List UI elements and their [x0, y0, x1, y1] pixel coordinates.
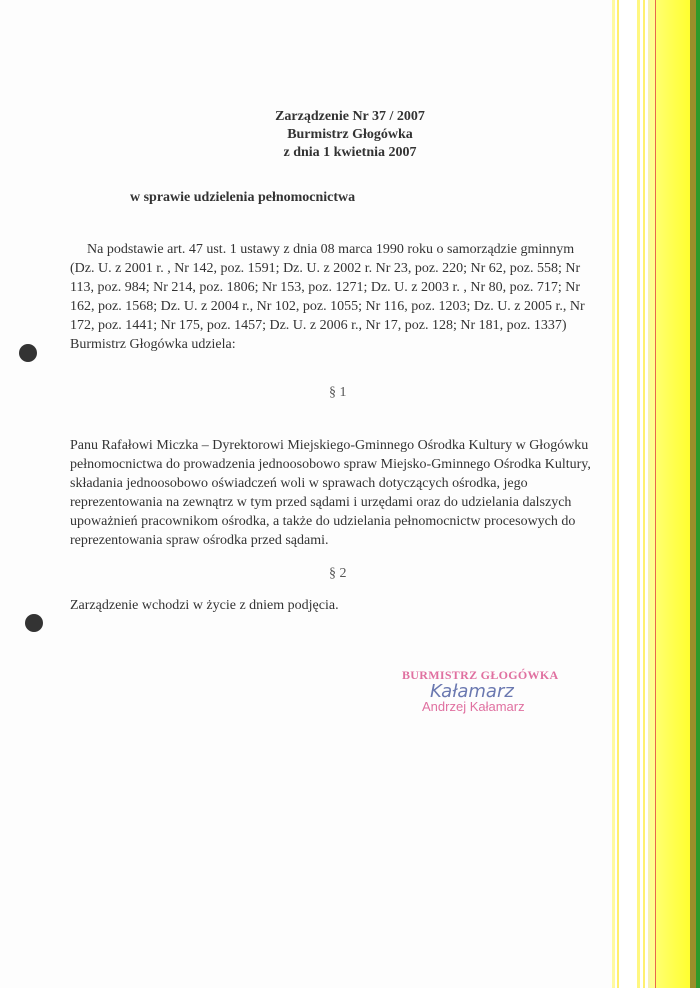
section-1-heading: § 1 [329, 385, 347, 401]
preamble-line: Burmistrz Głogówka udziela: [70, 335, 585, 354]
section-1-line: składania jednoosobowo oświadczeń woli w… [70, 474, 591, 493]
section-1-line: reprezentowania na zewnątrz w tym przed … [70, 493, 591, 512]
preamble-line: 162, poz. 1568; Dz. U. z 2004 r., Nr 102… [70, 297, 585, 316]
section-1-line: Panu Rafałowi Miczka – Dyrektorowi Miejs… [70, 436, 591, 455]
preamble: Na podstawie art. 47 ust. 1 ustawy z dni… [70, 240, 585, 354]
section-1-line: pełnomocnictwa do prowadzenia jednoosobo… [70, 455, 591, 474]
document-subject: w sprawie udzielenia pełnomocnictwa [130, 190, 355, 206]
document-header: Zarządzenie Nr 37 / 2007 Burmistrz Głogó… [0, 108, 700, 162]
section-1-body: Panu Rafałowi Miczka – Dyrektorowi Miejs… [70, 436, 591, 550]
ordinance-number: Zarządzenie Nr 37 / 2007 [0, 108, 700, 126]
preamble-line: Na podstawie art. 47 ust. 1 ustawy z dni… [70, 240, 585, 259]
section-2-body: Zarządzenie wchodzi w życie z dniem podj… [70, 596, 339, 615]
punch-hole [19, 344, 37, 362]
section-2-heading: § 2 [329, 566, 347, 582]
punch-hole [25, 614, 43, 632]
preamble-line: 113, poz. 984; Nr 214, poz. 1806; Nr 153… [70, 278, 585, 297]
stamp-name: Andrzej Kałamarz [422, 699, 572, 714]
section-1-line: upoważnień pracownikom ośrodka, a także … [70, 512, 591, 531]
official-stamp: BURMISTRZ GŁOGÓWKA Kałamarz Andrzej Kała… [402, 668, 572, 714]
ordinance-date: z dnia 1 kwietnia 2007 [0, 144, 700, 162]
issuer: Burmistrz Głogówka [0, 126, 700, 144]
section-1-line: reprezentowania spraw ośrodka przed sąda… [70, 531, 591, 550]
preamble-line: (Dz. U. z 2001 r. , Nr 142, poz. 1591; D… [70, 259, 585, 278]
preamble-line: 172, poz. 1441; Nr 175, poz. 1457; Dz. U… [70, 316, 585, 335]
